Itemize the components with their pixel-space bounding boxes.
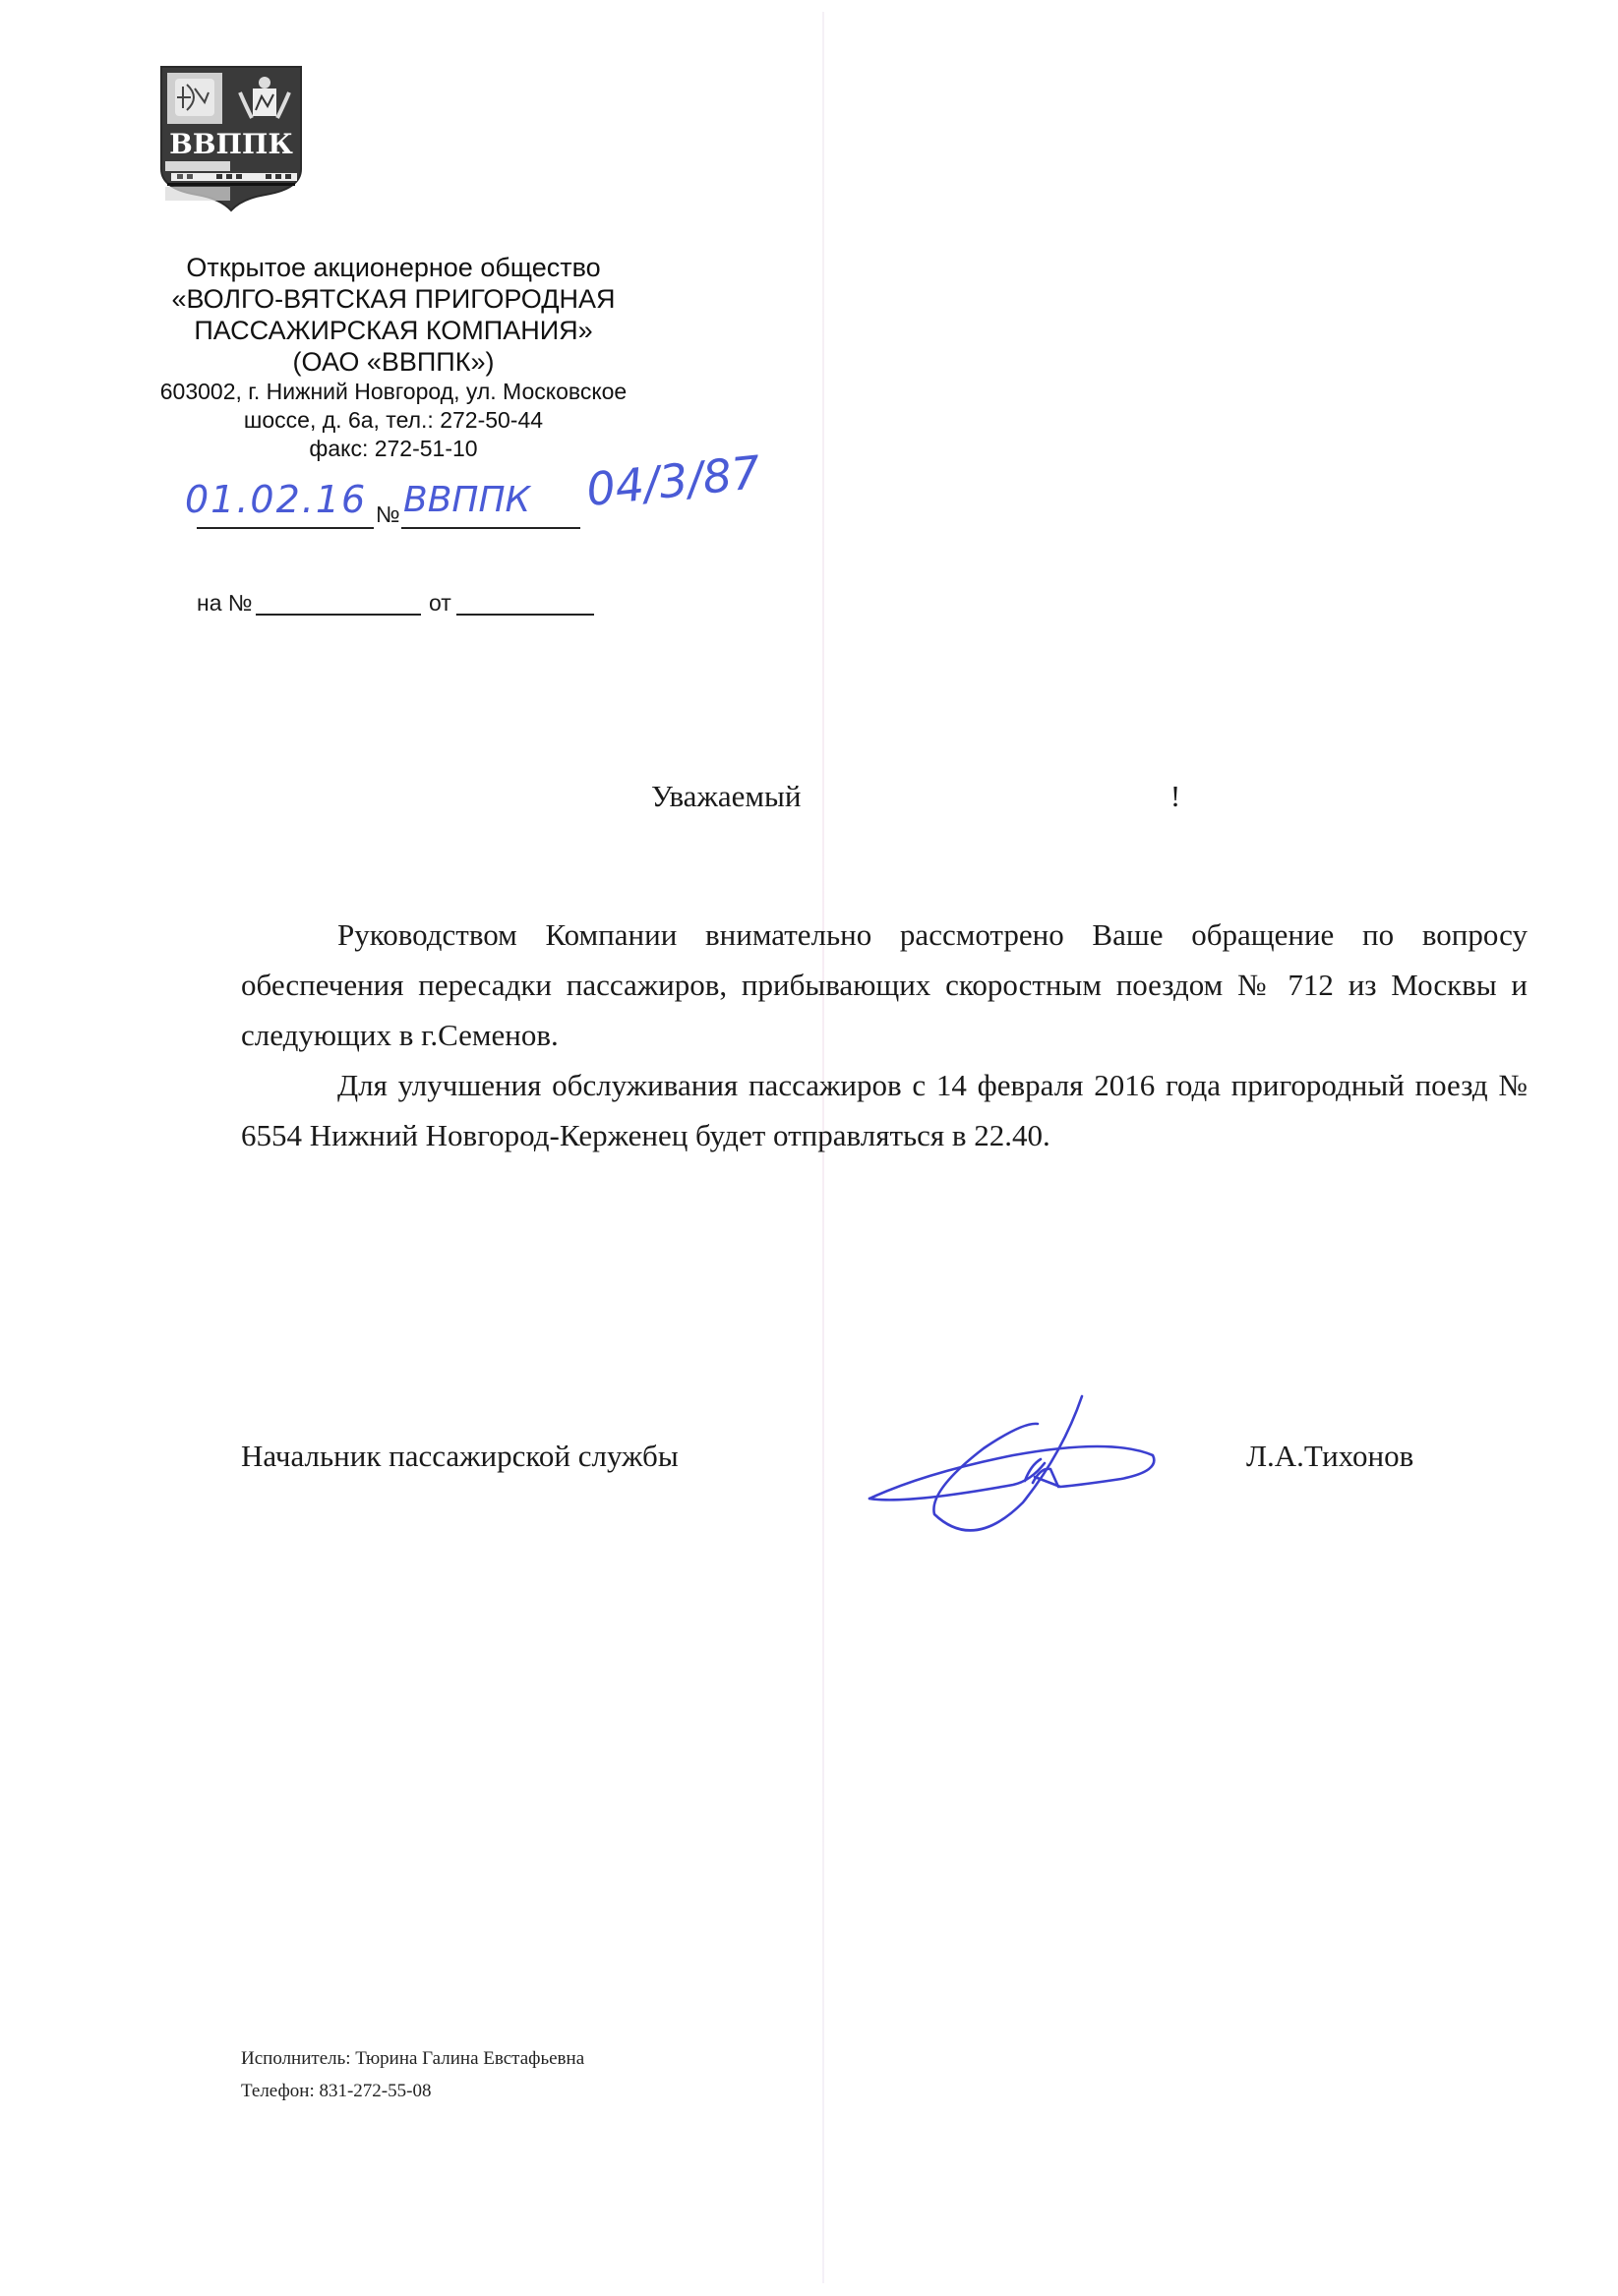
org-short-name: (ОАО «ВВППК»)	[108, 346, 679, 378]
reply-number-underline	[256, 614, 421, 616]
registration-row: 01.02.16 № ВВППК 04/3/87	[197, 484, 748, 533]
letter-page: ВВППК Открытое акционерное общество «ВОЛ…	[0, 0, 1618, 2296]
reply-reference-row: на № от	[197, 590, 610, 619]
letterhead: Открытое акционерное общество «ВОЛГО-ВЯТ…	[108, 252, 679, 463]
org-name-line1: «ВОЛГО-ВЯТСКАЯ ПРИГОРОДНАЯ	[108, 283, 679, 315]
fax: факс: 272-51-10	[108, 435, 679, 463]
number-underline	[401, 527, 580, 529]
body-paragraph-1: Руководством Компании внимательно рассмо…	[241, 910, 1528, 1060]
salutation-prefix: Уважаемый	[651, 779, 801, 813]
executor-phone: Телефон: 831-272-55-08	[241, 2075, 584, 2107]
number-label: №	[376, 501, 400, 528]
reply-date-label: от	[429, 590, 451, 617]
reply-number-label: на №	[197, 590, 253, 617]
handwritten-signature-icon	[866, 1394, 1180, 1552]
signatory-position: Начальник пассажирской службы	[241, 1439, 679, 1474]
org-name-line2: ПАССАЖИРСКАЯ КОМПАНИЯ»	[108, 315, 679, 346]
address-line1: 603002, г. Нижний Новгород, ул. Московск…	[108, 378, 679, 406]
salutation: Уважаемый !	[651, 779, 1180, 814]
handwritten-date: 01.02.16	[185, 478, 367, 521]
date-underline	[197, 527, 374, 529]
salutation-suffix: !	[1170, 779, 1180, 813]
handwritten-number-prefix: ВВППК	[403, 480, 530, 520]
body-paragraph-2: Для улучшения обслуживания пассажиров с …	[241, 1060, 1528, 1160]
address-line2: шоссе, д. 6а, тел.: 272-50-44	[108, 406, 679, 435]
reply-date-underline	[456, 614, 594, 616]
signatory-name: Л.А.Тихонов	[1246, 1439, 1413, 1474]
org-type: Открытое акционерное общество	[108, 252, 679, 283]
executor-name: Исполнитель: Тюрина Галина Евстафьевна	[241, 2042, 584, 2075]
company-shield-logo-icon: ВВППК	[157, 63, 305, 212]
svg-text:ВВППК: ВВППК	[169, 128, 293, 160]
executor-info: Исполнитель: Тюрина Галина Евстафьевна Т…	[241, 2042, 584, 2107]
